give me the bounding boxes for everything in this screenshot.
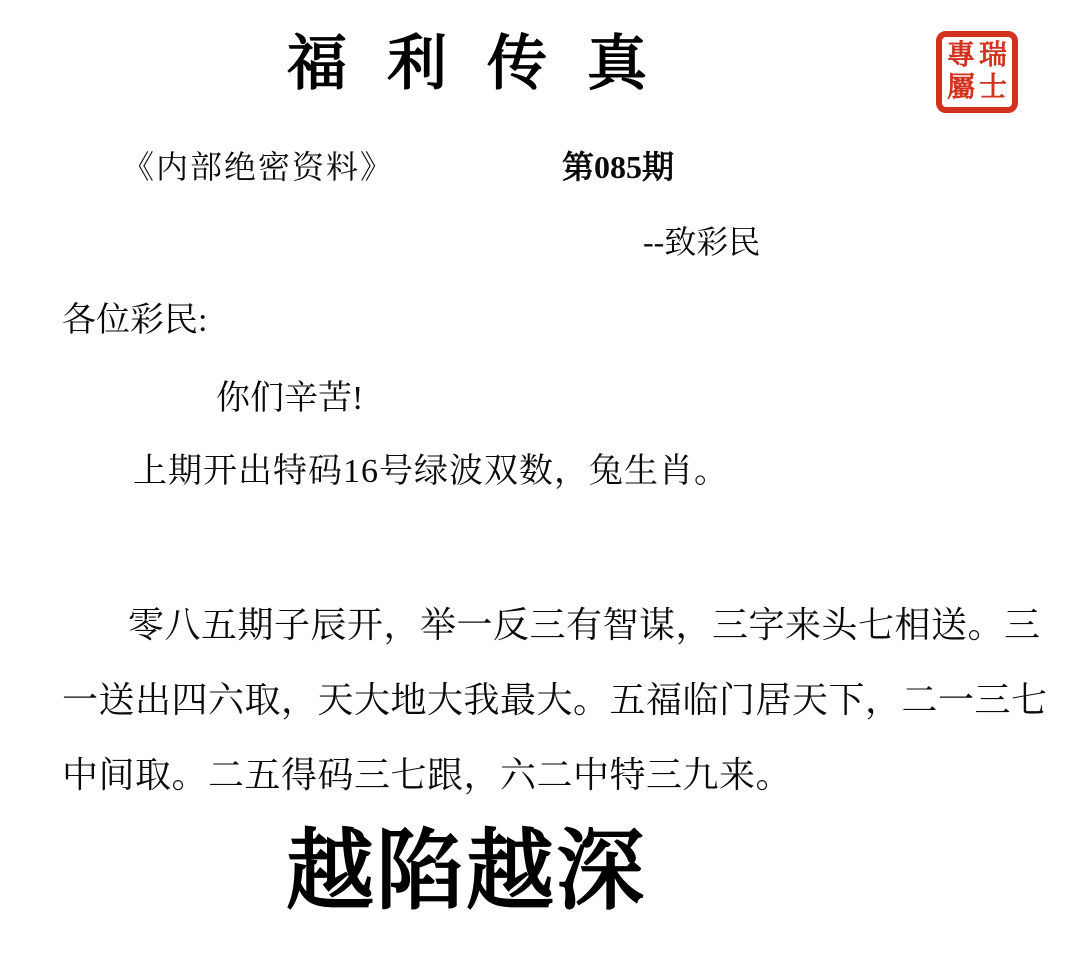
poem-line-2: 一送出四六取，天大地大我最大。五福临门居天下，二一三七: [62, 663, 997, 738]
red-seal-stamp: 專 瑞 屬 士: [936, 31, 1018, 113]
issue-number: 第085期: [562, 142, 674, 188]
tip-poem-paragraph: 零八五期子辰开，举一反三有智谋，三字来头七相送。三 一送出四六取，天大地大我最大…: [62, 588, 997, 813]
greeting-line: 各位彩民:: [62, 292, 207, 341]
classification-label: 《内部绝密资料》: [122, 142, 394, 188]
seal-char-bottom-left: 屬: [947, 74, 975, 102]
seal-char-bottom-right: 士: [979, 74, 1007, 102]
bottom-slogan: 越陷越深: [286, 822, 646, 923]
seal-char-top-right: 瑞: [979, 42, 1007, 70]
dedication-line: --致彩民: [643, 217, 760, 263]
seal-char-top-left: 專: [947, 42, 975, 70]
poem-line-1: 零八五期子辰开，举一反三有智谋，三字来头七相送。三: [62, 588, 997, 663]
previous-result-line: 上期开出特码16号绿波双数，兔生肖。: [133, 443, 729, 492]
thanks-line: 你们辛苦!: [216, 370, 363, 419]
poem-line-3: 中间取。二五得码三七跟，六二中特三九来。: [62, 738, 997, 813]
document-page: 福利传真 專 瑞 屬 士 《内部绝密资料》 第085期 --致彩民 各位彩民: …: [0, 0, 1080, 955]
page-title: 福利传真: [287, 28, 687, 100]
